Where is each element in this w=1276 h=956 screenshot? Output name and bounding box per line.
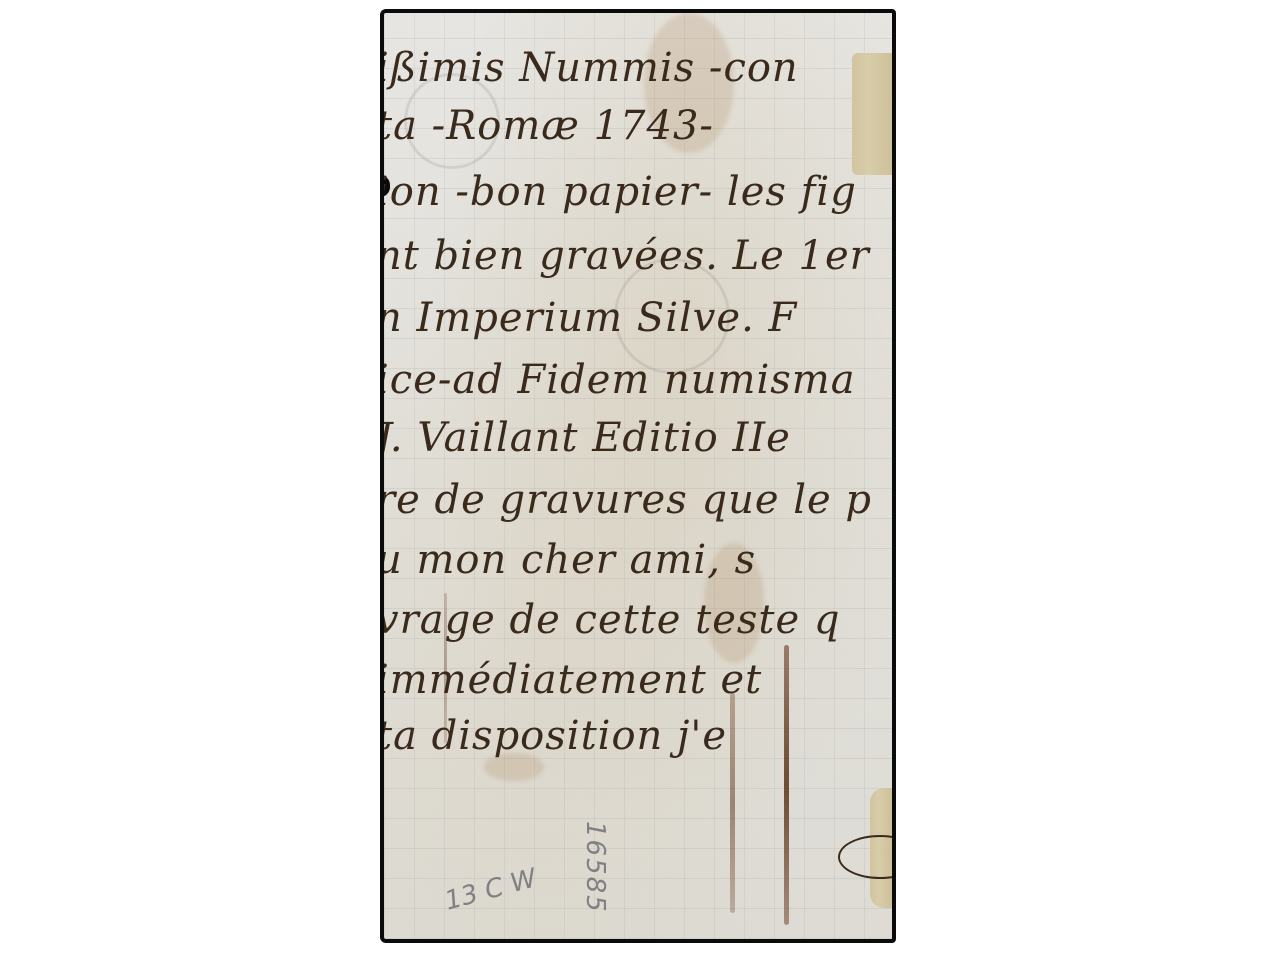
text-line: n Imperium Silve. F	[380, 295, 797, 341]
text-line: ion -bon papier- les fig	[380, 169, 857, 215]
text-line: ta -Romæ 1743-	[380, 103, 714, 149]
ink-flourish	[838, 835, 896, 879]
text-line: ice-ad Fidem numisma	[380, 357, 856, 403]
text-line: nt bien gravées. Le 1er	[380, 233, 870, 279]
tape-top	[852, 53, 892, 175]
text-line: ißimis Nummis -con	[380, 45, 799, 91]
text-line: J. Vaillant Editio IIe	[380, 415, 791, 461]
pencil-reference-number: 16585	[580, 821, 610, 914]
ink-bleed-stroke	[784, 645, 789, 925]
text-line: immédiatement et	[380, 657, 762, 703]
pencil-margin-note: 13 C W	[442, 863, 540, 916]
manuscript-page: ißimis Nummis -con ta -Romæ 1743- ion -b…	[380, 9, 896, 943]
text-line: u mon cher ami, s	[380, 537, 756, 583]
text-line: re de gravures que le p	[380, 477, 872, 523]
text-line: ta disposition j'e	[380, 713, 727, 759]
text-line: vrage de cette teste q	[380, 597, 841, 643]
ink-bleed-stroke	[730, 693, 735, 913]
